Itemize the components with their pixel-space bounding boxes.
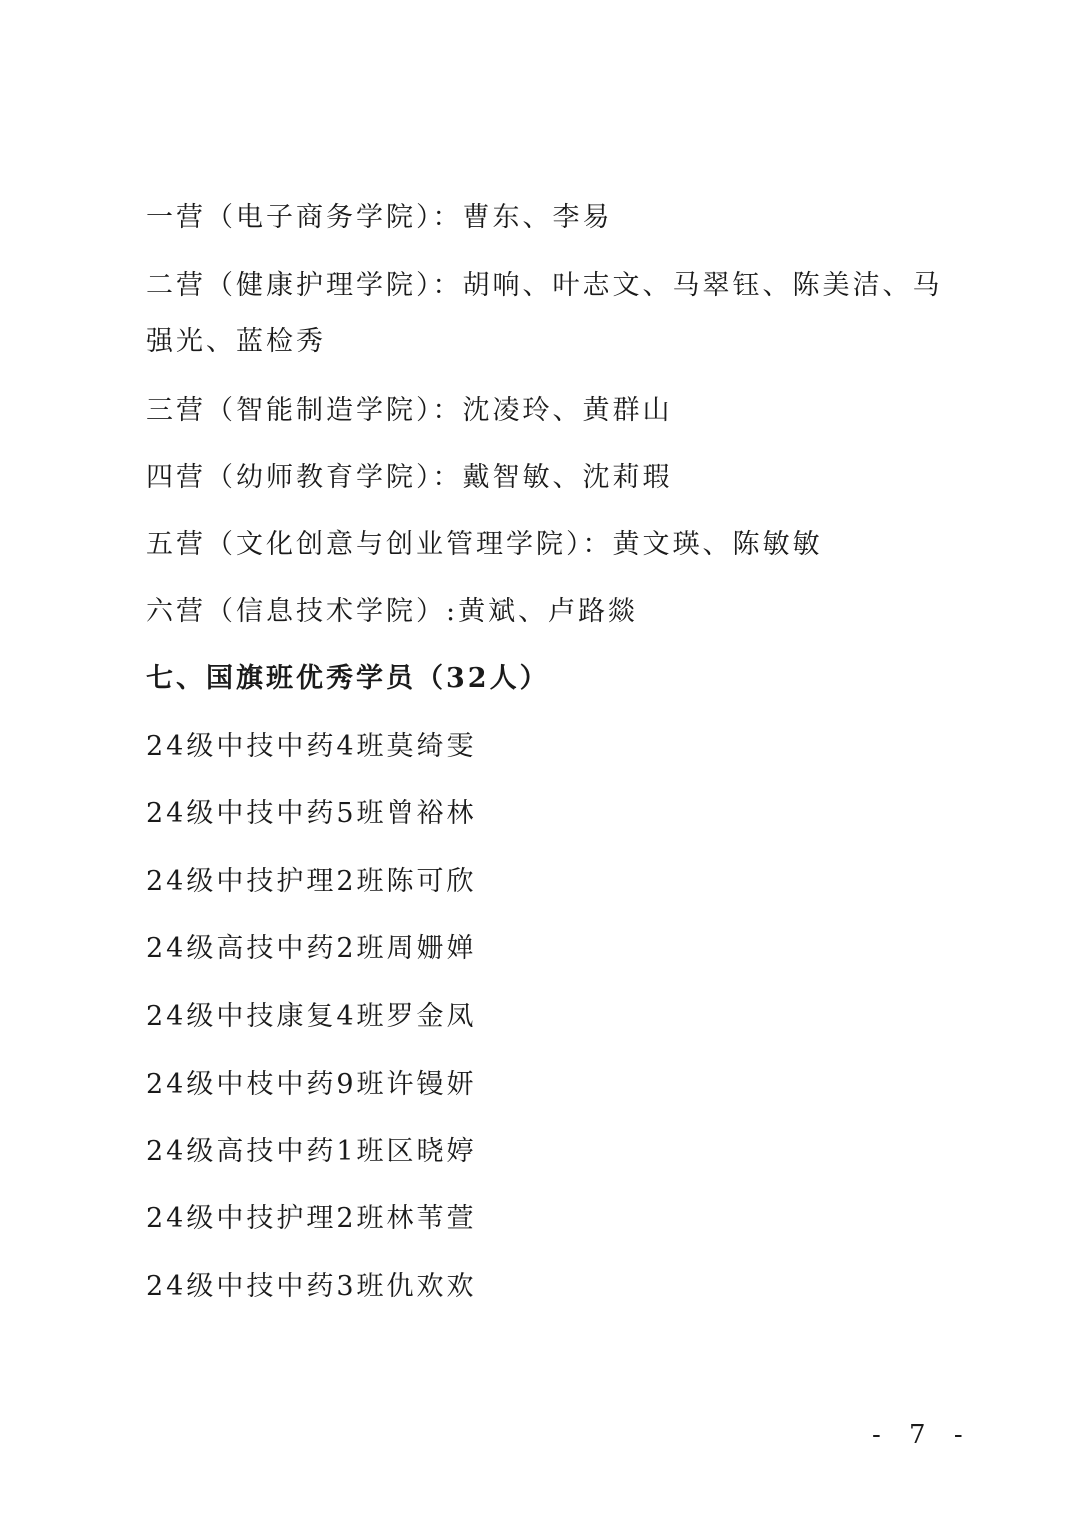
camp-4-leaders: 四营（幼师教育学院）：戴智敏、沈莉瑕 [146,461,673,495]
camp-6-leaders: 六营（信息技术学院）:黄斌、卢路燚 [146,595,638,629]
camp-5-leaders: 五营（文化创意与创业管理学院）：黄文瑛、陈敏敏 [146,528,823,562]
camp-2-leaders-continuation: 强光、蓝检秀 [146,325,326,359]
section-heading: 七、国旗班优秀学员（32人） [146,662,550,696]
student-item: 24级中技中药3班仇欢欢 [146,1270,477,1304]
camp-2-leaders: 二营（健康护理学院）：胡响、叶志文、马翠钰、陈美洁、马 [146,269,943,303]
document-page: 一营（电子商务学院）：曹东、李易 二营（健康护理学院）：胡响、叶志文、马翠钰、陈… [0,0,1080,1527]
student-item: 24级中技护理2班陈可欣 [146,865,477,899]
page-number: - 7 - [872,1418,973,1452]
camp-1-leaders: 一营（电子商务学院）：曹东、李易 [146,201,613,235]
student-item: 24级高技中药1班区晓婷 [146,1135,477,1169]
student-item: 24级中技中药5班曾裕林 [146,797,477,831]
student-item: 24级高技中药2班周姗婵 [146,932,477,966]
student-item: 24级中枝中药9班许镘妍 [146,1068,477,1102]
camp-3-leaders: 三营（智能制造学院）：沈凌玲、黄群山 [146,394,673,428]
student-item: 24级中技康复4班罗金凤 [146,1000,477,1034]
student-item: 24级中技护理2班林苇萱 [146,1202,477,1236]
student-item: 24级中技中药4班莫绮雯 [146,730,477,764]
